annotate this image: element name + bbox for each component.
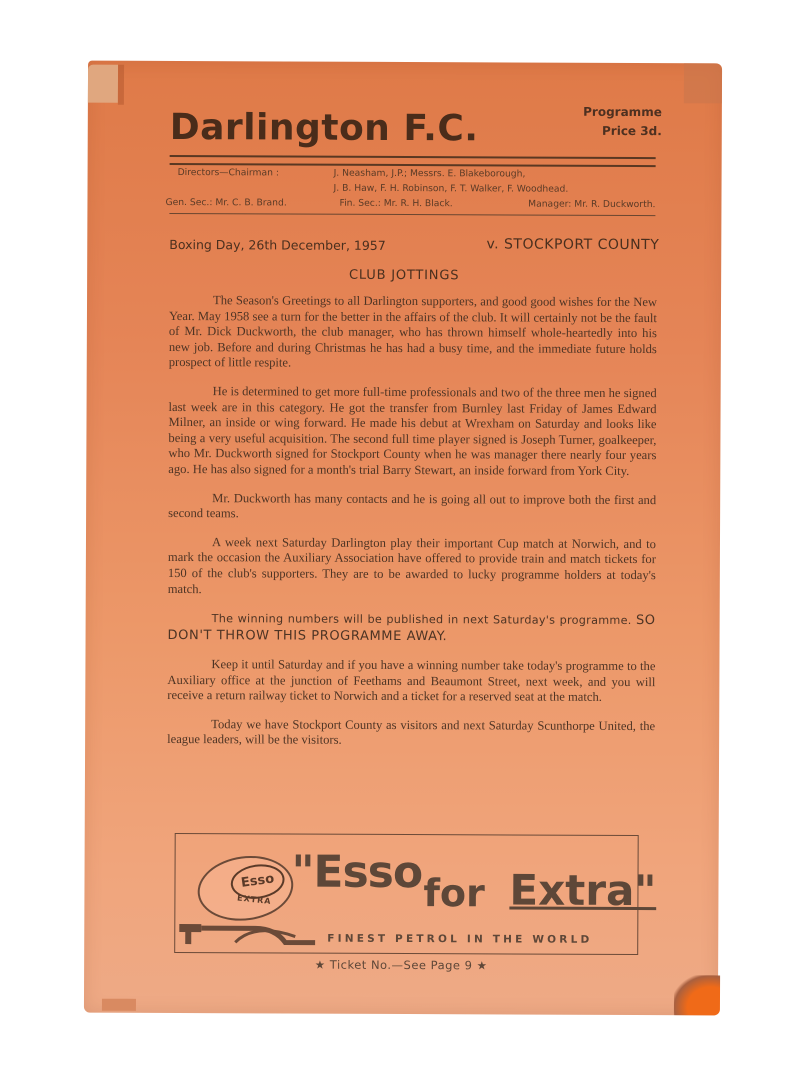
notice-text: The winning numbers will be published in… (212, 612, 632, 627)
esso-advert: Esso EXTRA "Esso for Extra" FINEST PETRO… (174, 833, 639, 955)
masthead: Darlington F.C. Programme Price 3d. (170, 101, 660, 103)
programme-page: Darlington F.C. Programme Price 3d. Dire… (84, 61, 722, 1016)
paragraph: Mr. Duckworth has many contacts and he i… (168, 491, 656, 524)
worn-corner-bottom-left (102, 999, 136, 1011)
match-line: Boxing Day, 26th December, 1957 v. STOCK… (169, 237, 659, 239)
worn-corner-top-right (684, 63, 722, 103)
directors-names-2: J. B. Haw, F. H. Robinson, F. T. Walker,… (333, 181, 655, 197)
slogan-esso: "Esso (291, 847, 422, 899)
paragraph: Keep it until Saturday and if you have a… (167, 657, 655, 706)
petrol-pump-globe-icon: Esso EXTRA (194, 850, 298, 926)
directors-label: Directors—Chairman : (178, 165, 279, 180)
directors-names-1: J. Neasham, J.P.; Messrs. E. Blakeboroug… (334, 166, 656, 182)
paragraph: Today we have Stockport County as visito… (167, 717, 655, 750)
folded-corner-top-left (88, 65, 118, 103)
paragraph: A week next Saturday Darlington play the… (168, 535, 656, 600)
divider (169, 213, 655, 216)
torn-corner-bottom-right (674, 975, 720, 1015)
pump-nozzle-icon (175, 920, 315, 947)
price-line-1: Programme (583, 103, 662, 122)
crease (118, 65, 124, 105)
opponent: v. STOCKPORT COUNTY (486, 236, 659, 253)
ticket-note: ★ Ticket No.—See Page 9 ★ (84, 957, 718, 974)
club-title: Darlington F.C. (170, 107, 479, 149)
notice-paragraph: The winning numbers will be published in… (168, 610, 656, 646)
price-line-2: Price 3d. (583, 122, 662, 141)
directors-block: Directors—Chairman : J. Neasham, J.P.; M… (169, 165, 655, 212)
match-date: Boxing Day, 26th December, 1957 (169, 237, 386, 253)
slogan-extra: Extra" (509, 865, 656, 915)
manager: Manager: Mr. R. Duckworth. (528, 197, 655, 213)
slogan-for: for (423, 871, 485, 915)
paragraph: He is determined to get more full-time p… (168, 384, 656, 480)
advert-tagline: FINEST PETROL IN THE WORLD (327, 933, 592, 946)
general-secretary: Gen. Sec.: Mr. C. B. Brand. (165, 195, 286, 211)
paragraph: The Season's Greetings to all Darlington… (169, 293, 657, 373)
article-body: The Season's Greetings to all Darlington… (167, 293, 657, 763)
programme-price: Programme Price 3d. (583, 103, 662, 141)
financial-secretary: Fin. Sec.: Mr. R. H. Black. (339, 196, 452, 211)
section-heading: CLUB JOTTINGS (87, 267, 721, 285)
